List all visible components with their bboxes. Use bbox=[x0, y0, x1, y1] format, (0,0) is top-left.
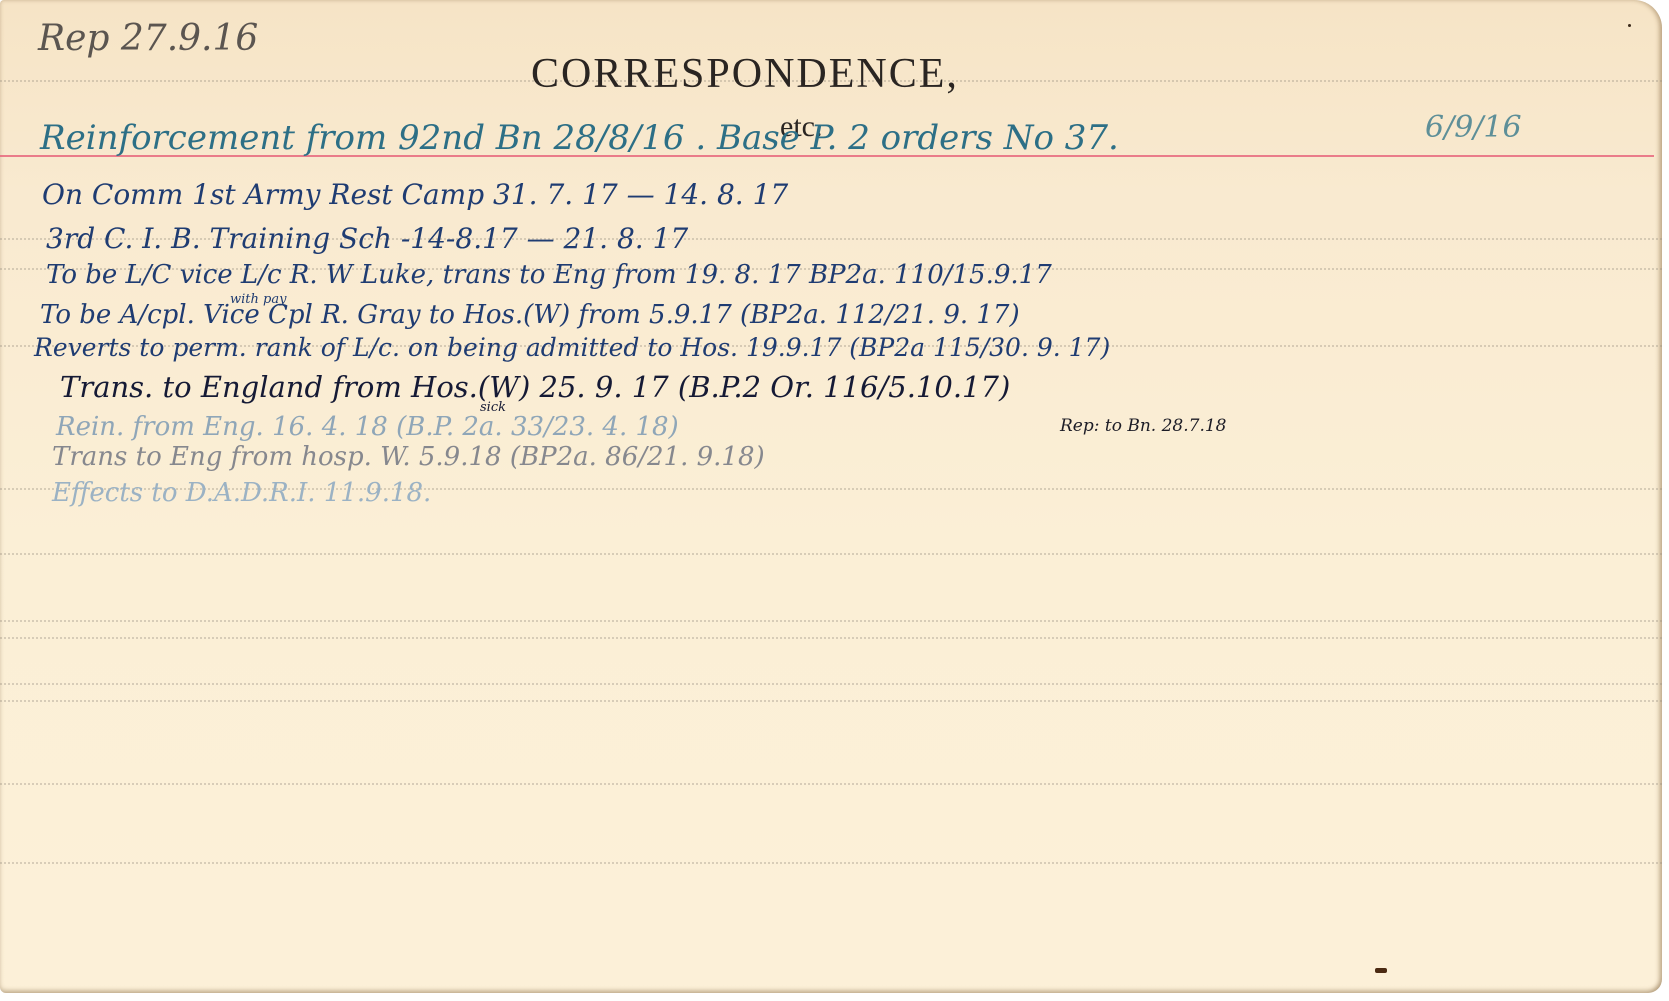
ruled-line bbox=[0, 783, 1662, 785]
ink-stain bbox=[1375, 968, 1387, 973]
entry-trans-eng-hosp: Trans to Eng from hosp. W. 5.9.18 (BP2a.… bbox=[52, 442, 765, 472]
entry-reinforcement: Reinforcement from 92nd Bn 28/8/16 . Bas… bbox=[40, 118, 1119, 158]
entry-acting-corporal: To be A/cpl. Vice Cpl R. Gray to Hos.(W)… bbox=[40, 300, 1020, 330]
ruled-line bbox=[0, 862, 1662, 864]
speck bbox=[1628, 24, 1631, 27]
card-heading: CORRESPONDENCE, bbox=[531, 50, 959, 98]
entry-side-note: Rep: to Bn. 28.7.18 bbox=[1060, 416, 1226, 436]
entry-rest-camp: On Comm 1st Army Rest Camp 31. 7. 17 — 1… bbox=[42, 178, 788, 211]
entry-reverts-rank: Reverts to perm. rank of L/c. on being a… bbox=[34, 333, 1110, 362]
entry-trans-england: Trans. to England from Hos.(W) 25. 9. 17… bbox=[60, 370, 1010, 404]
entry-training-school: 3rd C. I. B. Training Sch -14-8.17 — 21.… bbox=[46, 222, 688, 255]
ruled-line bbox=[0, 553, 1662, 555]
record-card: CORRESPONDENCE, etc. Rep 27.9.16 Reinfor… bbox=[0, 0, 1662, 993]
entry-lance-corporal: To be L/C vice L/c R. W Luke, trans to E… bbox=[46, 260, 1052, 290]
entry-effects: Effects to D.A.D.R.I. 11.9.18. bbox=[52, 478, 431, 508]
ruled-line bbox=[0, 683, 1662, 685]
ruled-line bbox=[0, 637, 1662, 639]
entry-date-note: 6/9/16 bbox=[1425, 110, 1522, 145]
ruled-line bbox=[0, 700, 1662, 702]
pencil-annotation: Rep 27.9.16 bbox=[38, 18, 258, 59]
entry-rein-from-england: Rein. from Eng. 16. 4. 18 (B.P. 2a. 33/2… bbox=[56, 412, 679, 442]
ruled-line bbox=[0, 620, 1662, 622]
